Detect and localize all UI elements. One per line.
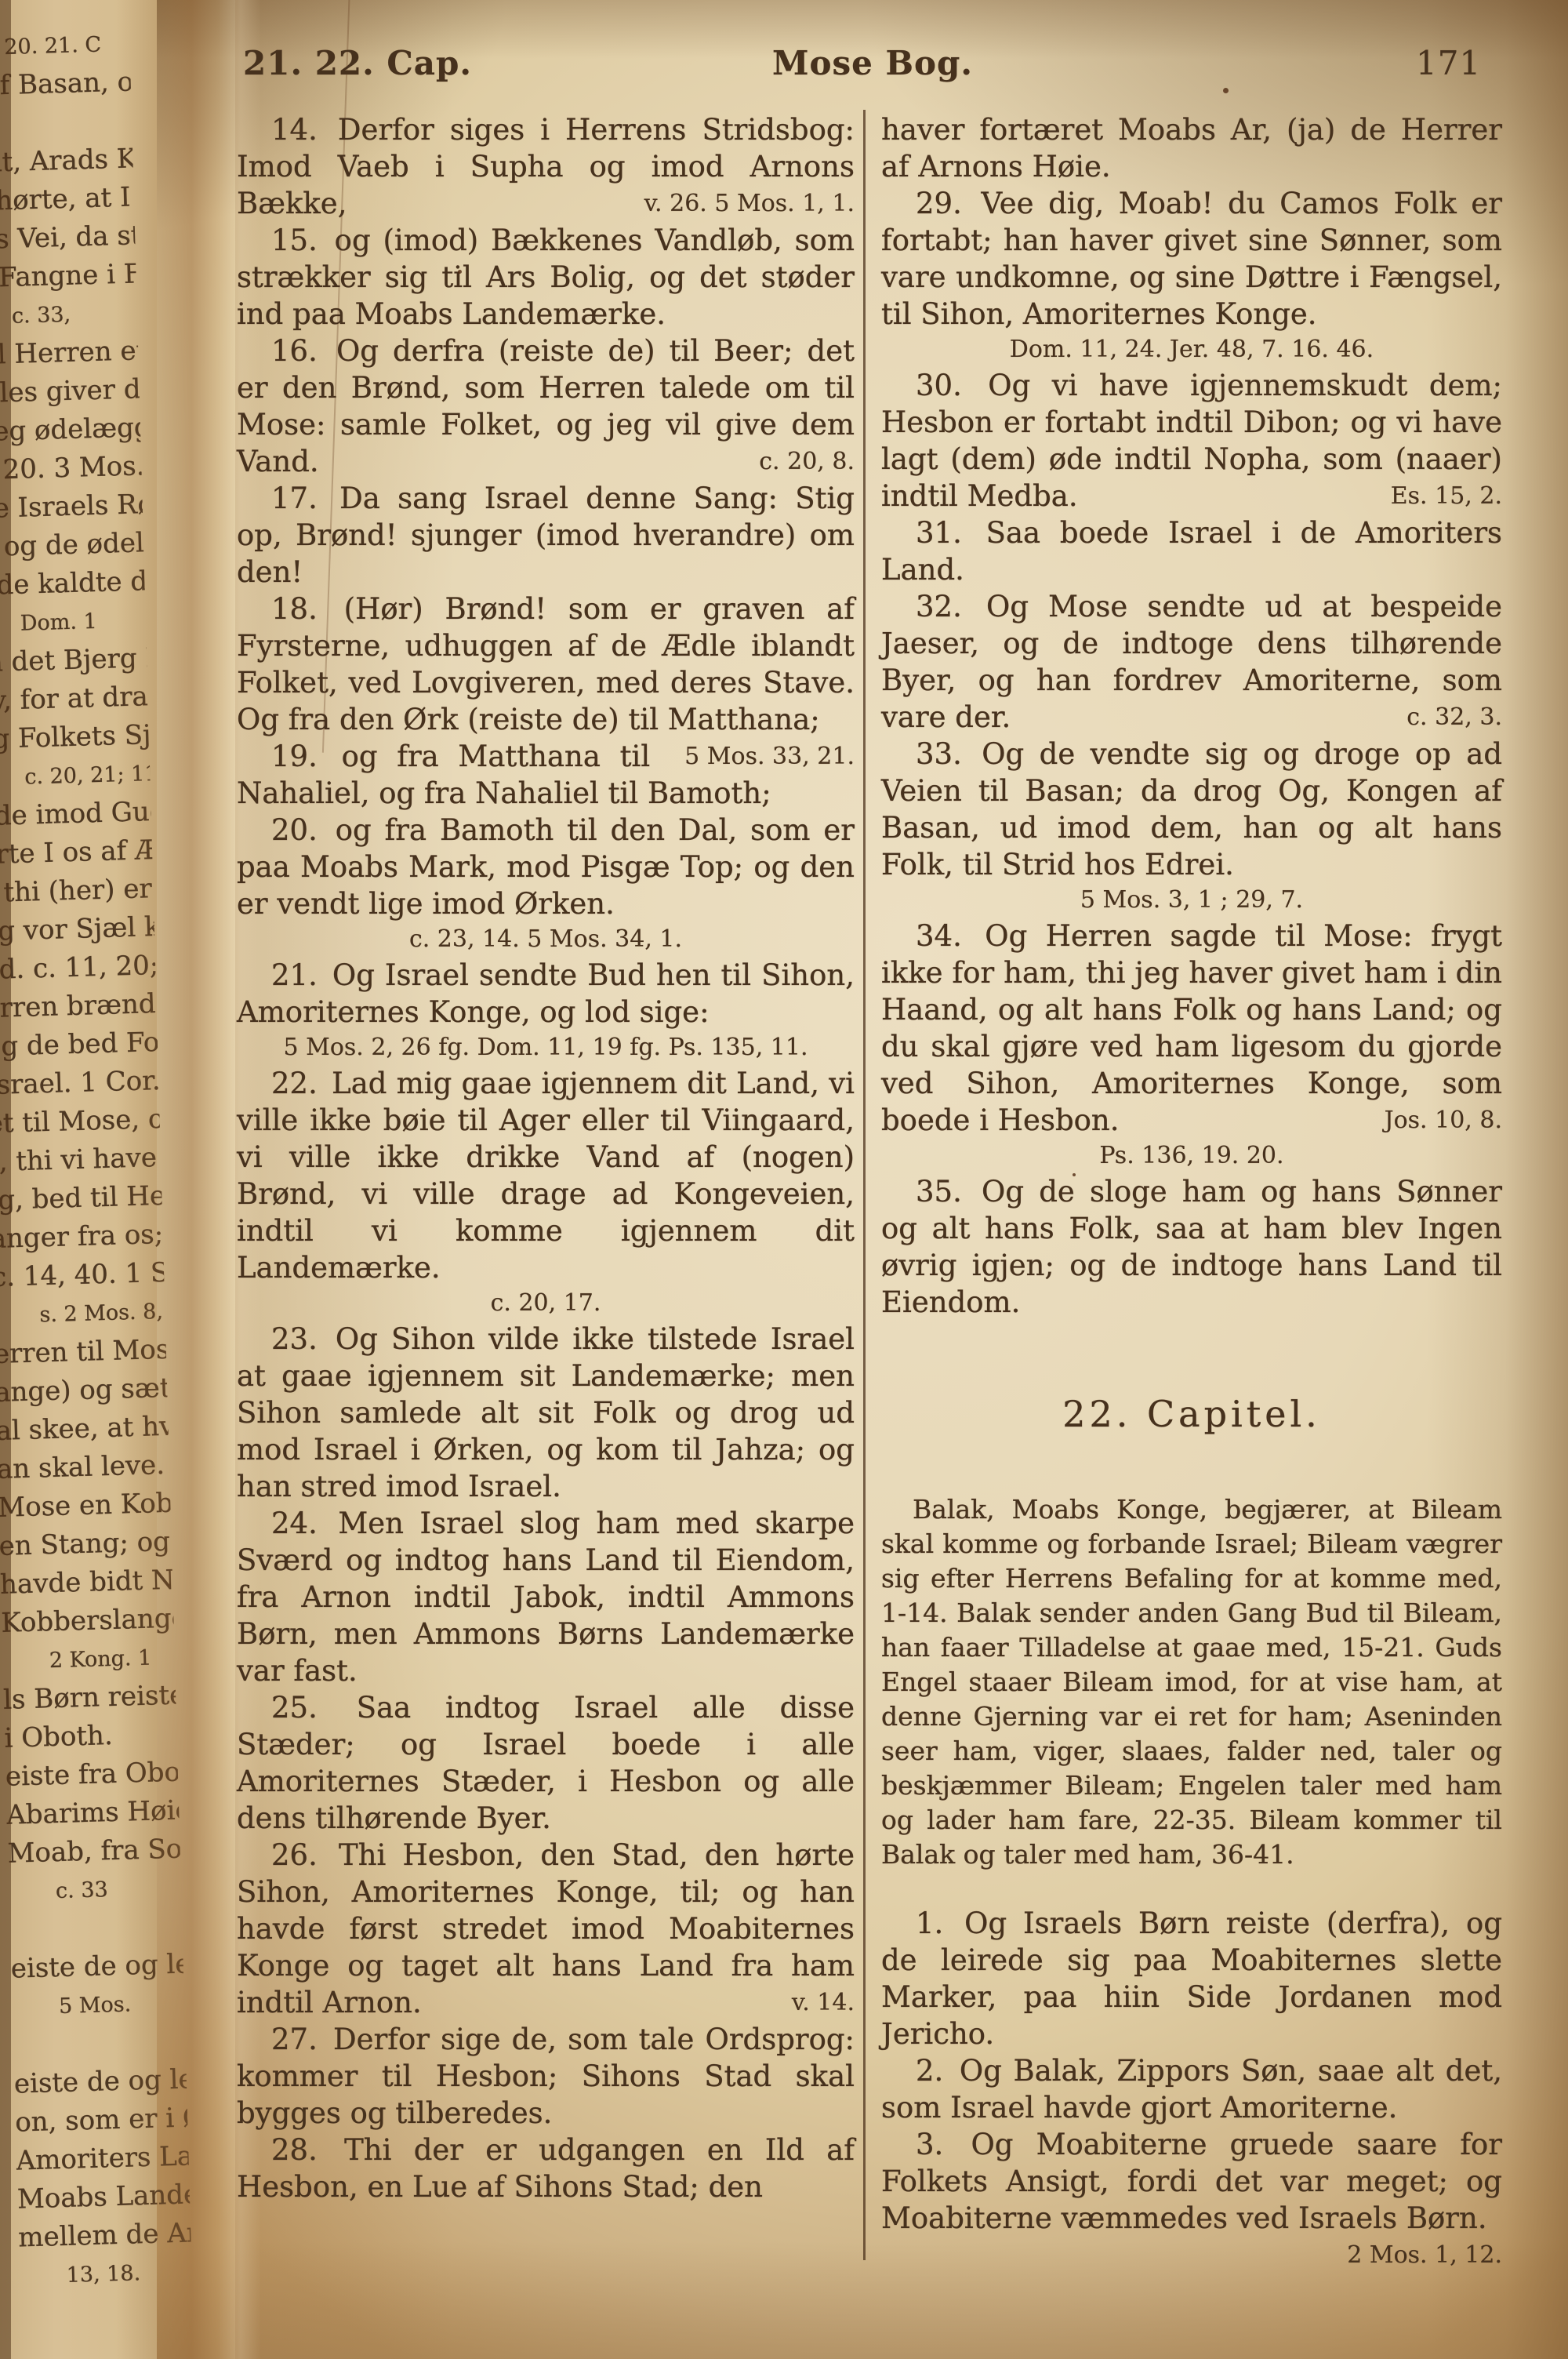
ink-speck (1073, 1173, 1076, 1176)
verse-paragraph: 34. Og Herren sagde til Mose: frygt ikke… (881, 918, 1502, 1139)
verse-number: 3. (916, 2128, 948, 2161)
ink-speck (1223, 88, 1229, 93)
margin-fragment-line: deles giver dette F (0, 370, 140, 413)
verse-number: 2. (916, 2054, 948, 2088)
verse-paragraph: 27. Derfor sige de, som tale Ordsprog: k… (237, 2021, 855, 2132)
verse-number: 21. (271, 958, 322, 992)
margin-fragment-line: c. 14, 40. 1 Sam (0, 1254, 165, 1297)
verse-paragraph: 16. Og derfra (reiste de) til Beer; det … (237, 333, 855, 480)
margin-fragment-line (9, 1907, 183, 1950)
text-column-right: haver fortæret Moabs Ar, (ja) de Herrer … (881, 111, 1502, 2274)
verse-paragraph: 20. og fra Bamoth til den Dal, som er pa… (237, 812, 855, 922)
margin-fragment-line: og Folkets Sjæl (0, 716, 150, 759)
cross-reference-line: Ps. 136, 19. 20. (881, 1139, 1502, 1173)
verse-paragraph: 35. Og de sloge ham og hans Sønner og al… (881, 1173, 1502, 1321)
margin-fragment-line: eiste fra Oboth; (5, 1754, 178, 1797)
verse-number: 29. (916, 187, 967, 220)
margin-fragment-line: c. 33 (8, 1869, 181, 1912)
cross-reference-line: Dom. 11, 24. Jer. 48, 7. 16. 46. (881, 333, 1502, 367)
verse-number: 26. (271, 1838, 322, 1872)
facing-page-text-fragments: 20. 21. Cn af Basan, overanit, Arads Kn,… (0, 25, 194, 2350)
margin-fragment-line: erren brændende S (0, 985, 157, 1028)
verse-number: 35. (916, 1175, 967, 1209)
margin-fragment-line: i Oboth. (4, 1715, 177, 1758)
verse-number: 23. (271, 1322, 322, 1356)
verse-number: 1. (916, 1906, 948, 1940)
cross-reference-inline: c. 20, 8. (724, 443, 855, 480)
margin-fragment-line: anger fra os; og (0, 1216, 163, 1259)
verse-number: 17. (271, 482, 322, 515)
margin-fragment-line: en Stang; og det (0, 1523, 172, 1566)
chapter-summary: Balak, Moabs Konge, begjærer, at Bileam … (881, 1492, 1502, 1872)
margin-fragment-line: al skee, at hver, (0, 1408, 169, 1451)
margin-fragment-line: on, som er i Ørken (15, 2099, 188, 2142)
verse-paragraph: 15. og (imod) Bækkenes Vandløb, som stræ… (237, 222, 855, 333)
margin-fragment-line: og vor Sjæl kjede (0, 908, 154, 951)
cross-reference-inline: 5 Mos. 33, 21. (650, 738, 855, 775)
verse-number: 27. (271, 2023, 322, 2056)
margin-fragment-line: eiste de og leirede (10, 1946, 183, 1989)
cross-reference-inline: 2 Mos. 1, 12. (1312, 2237, 1502, 2274)
verse-number: 15. (271, 224, 322, 257)
margin-fragment-line: Amoriters Lande (16, 2137, 189, 2180)
cross-reference-inline: Es. 15, 2. (1356, 478, 1502, 514)
verse-number: 18. (271, 592, 322, 626)
margin-fragment-line: Mose en Kobbersl (0, 1485, 171, 1528)
margin-fragment-line: ange) og sæt den p (0, 1369, 168, 1412)
margin-fragment-line: c. 20, 21; 11 (0, 754, 151, 798)
verse-paragraph: 23. Og Sihon vilde ikke tilstede Israel … (237, 1321, 855, 1505)
page-number: 171 (1416, 44, 1481, 82)
verse-paragraph: 31. Saa boede Israel i de Amoriters Land… (881, 514, 1502, 588)
running-head-title: Mose Bog. (772, 44, 973, 82)
margin-fragment-line: og de bed Folket; (0, 1023, 158, 1067)
margin-fragment-line: ls Børn reiste (de (3, 1677, 176, 1720)
margin-fragment-line (0, 101, 132, 144)
verse-paragraph: 18. (Hør) Brønd! som er graven af Fyrste… (237, 591, 855, 738)
verse-paragraph: 26. Thi Hesbon, den Stad, den hørte Siho… (237, 1837, 855, 2021)
verse-number: 19. (271, 740, 322, 773)
verse-number: 32. (916, 590, 967, 623)
margin-fragment-line: erren til Mose: gj (0, 1331, 167, 1374)
verse-number: 34. (916, 919, 967, 953)
margin-fragment-line: an skal leve. Joh. 3 (0, 1446, 170, 1489)
margin-fragment-line: t, thi vi have taler (0, 1139, 162, 1182)
margin-fragment-line: n af Basan, over (0, 63, 131, 106)
margin-fragment-line: ig, bed til Herren (0, 1177, 162, 1220)
margin-fragment-line: nes Vei, da stred (0, 216, 136, 260)
margin-fragment-line: 8, 20. 3 Mos. 27, (0, 447, 142, 490)
margin-fragment-line: 13, 18. (19, 2252, 192, 2295)
margin-fragment-line: e, og de ødelagde (0, 524, 144, 567)
verse-paragraph: 28. Thi der er udgangen en Ild af Hesbon… (237, 2132, 855, 2205)
verse-number: 31. (916, 516, 967, 550)
margin-fragment-line: mellem de Amoriter. (18, 2214, 191, 2257)
text-column-left: 14. Derfor siges i Herrens Stridsbog: Im… (237, 111, 855, 2205)
running-head-chapters: 21. 22. Cap. (243, 44, 472, 82)
verse-number: 16. (271, 334, 322, 368)
cross-reference-inline: v. 14. (757, 1984, 855, 2021)
chapter-heading: 22. Capitel. (881, 1396, 1502, 1433)
margin-fragment-line: ede imod Gud og (0, 793, 151, 836)
cross-reference-line: 5 Mos. 2, 26 fg. Dom. 11, 19 fg. Ps. 135… (237, 1030, 855, 1065)
margin-fragment-line: anit, Arads K (0, 140, 133, 183)
column-divider-rule (863, 110, 866, 2260)
verse-number: 14. (271, 113, 322, 147)
cross-reference-inline: v. 26. 5 Mos. 1, 1. (610, 185, 855, 222)
verse-paragraph: 29. Vee dig, Moab! du Camos Folk er fort… (881, 185, 1502, 333)
cross-reference-line: c. 20, 17. (237, 1286, 855, 1321)
cross-reference-line: 5 Mos. 3, 1 ; 29, 7. (881, 883, 1502, 918)
margin-fragment-line: n, hørte, at I (0, 178, 134, 221)
margin-fragment-line (13, 2023, 186, 2066)
margin-fragment-line: Dom. 1 (0, 601, 147, 644)
verse-paragraph: 14. Derfor siges i Herrens Stridsbog: Im… (237, 111, 855, 222)
margin-fragment-line: s. 2 Mos. 8, 8. (0, 1292, 165, 1336)
margin-fragment-line: ød. c. 11, 20; (0, 947, 156, 990)
verse-paragraph: 32. Og Mose sendte ud at bespeide Jaeser… (881, 588, 1502, 736)
cross-reference-inline: c. 32, 3. (1372, 699, 1502, 736)
margin-fragment-line: Abarims Høie i (6, 1792, 180, 1835)
verse-number: 20. (271, 813, 322, 847)
verse-number: 28. (271, 2133, 322, 2167)
margin-fragment-line: a de kaldte det S (0, 562, 145, 605)
verse-continuation: haver fortæret Moabs Ar, (ja) de Herrer … (881, 111, 1502, 185)
verse-number: 25. (271, 1691, 322, 1725)
verse-paragraph: 3. Og Moabiterne gruede saare for Folket… (881, 2126, 1502, 2237)
verse-paragraph: 2. Og Balak, Zippors Søn, saae alt det, … (881, 2052, 1502, 2126)
margin-fragment-line: 20. 21. C (0, 25, 130, 68)
margin-fragment-line: ørte I os af Æg (0, 831, 153, 874)
ink-speck (458, 270, 462, 274)
cross-reference-line: c. 23, 14. 5 Mos. 34, 1. (237, 922, 855, 957)
margin-fragment-line: eiste de og leirede (13, 2060, 187, 2103)
verse-paragraph: 21. Og Israel sendte Bud hen til Sihon, … (237, 957, 855, 1030)
verse-paragraph: 17. Da sang Israel denne Sang: Stig op, … (237, 480, 855, 591)
margin-fragment-line: et til Mose, og d (0, 1100, 160, 1143)
margin-fragment-line: ael Herren et Løfte (0, 332, 139, 375)
verse-paragraph: 30. Og vi have igjennemskudt dem; Hesbon… (881, 367, 1502, 514)
margin-fragment-line: l jeg ødelægge d (0, 409, 141, 452)
margin-fragment-line: havde bidt Nogen (0, 1561, 173, 1605)
margin-fragment-line: Moabs Landemærke, (16, 2175, 190, 2219)
margin-fragment-line: 5 Mos. (11, 1984, 184, 2027)
verse-paragraph: 33. Og de vendte sig og droge op ad Veie… (881, 736, 1502, 883)
margin-fragment-line: te Fangne i Fæn (0, 255, 136, 298)
margin-fragment-line: Kobberslange og (1, 1600, 174, 1643)
verse-number: 33. (916, 737, 967, 771)
verse-paragraph: 25. Saa indtog Israel alle disse Stæder;… (237, 1689, 855, 1837)
margin-fragment-line: av, for at drage (0, 678, 148, 721)
margin-fragment-line: Moab, fra Solens (7, 1830, 180, 1874)
verse-number: 22. (271, 1067, 322, 1100)
verse-paragraph: 22. Lad mig gaae igjennem dit Land, vi v… (237, 1065, 855, 1286)
verse-number: 24. (271, 1507, 322, 1540)
verse-number: 30. (916, 369, 967, 402)
margin-fragment-line: c. 33, (0, 293, 138, 336)
margin-fragment-line: 2 Kong. 1 (2, 1638, 175, 1681)
cross-reference-inline: Jos. 10, 8. (1350, 1102, 1502, 1139)
verse-paragraph: 24. Men Israel slog ham med skarpe Sværd… (237, 1505, 855, 1689)
margin-fragment-line: ra det Bjerg Hor, (0, 639, 147, 682)
margin-fragment-line: Israel. 1 Cor. 1 (0, 1062, 159, 1105)
verse-paragraph: 1. Og Israels Børn reiste (derfra), og d… (881, 1905, 1502, 2052)
book-page-scan: 20. 21. Cn af Basan, overanit, Arads Kn,… (0, 0, 1568, 2359)
margin-fragment-line: ? thi (her) er h (0, 870, 154, 913)
margin-fragment-line: rte Israels Røst (0, 485, 143, 529)
